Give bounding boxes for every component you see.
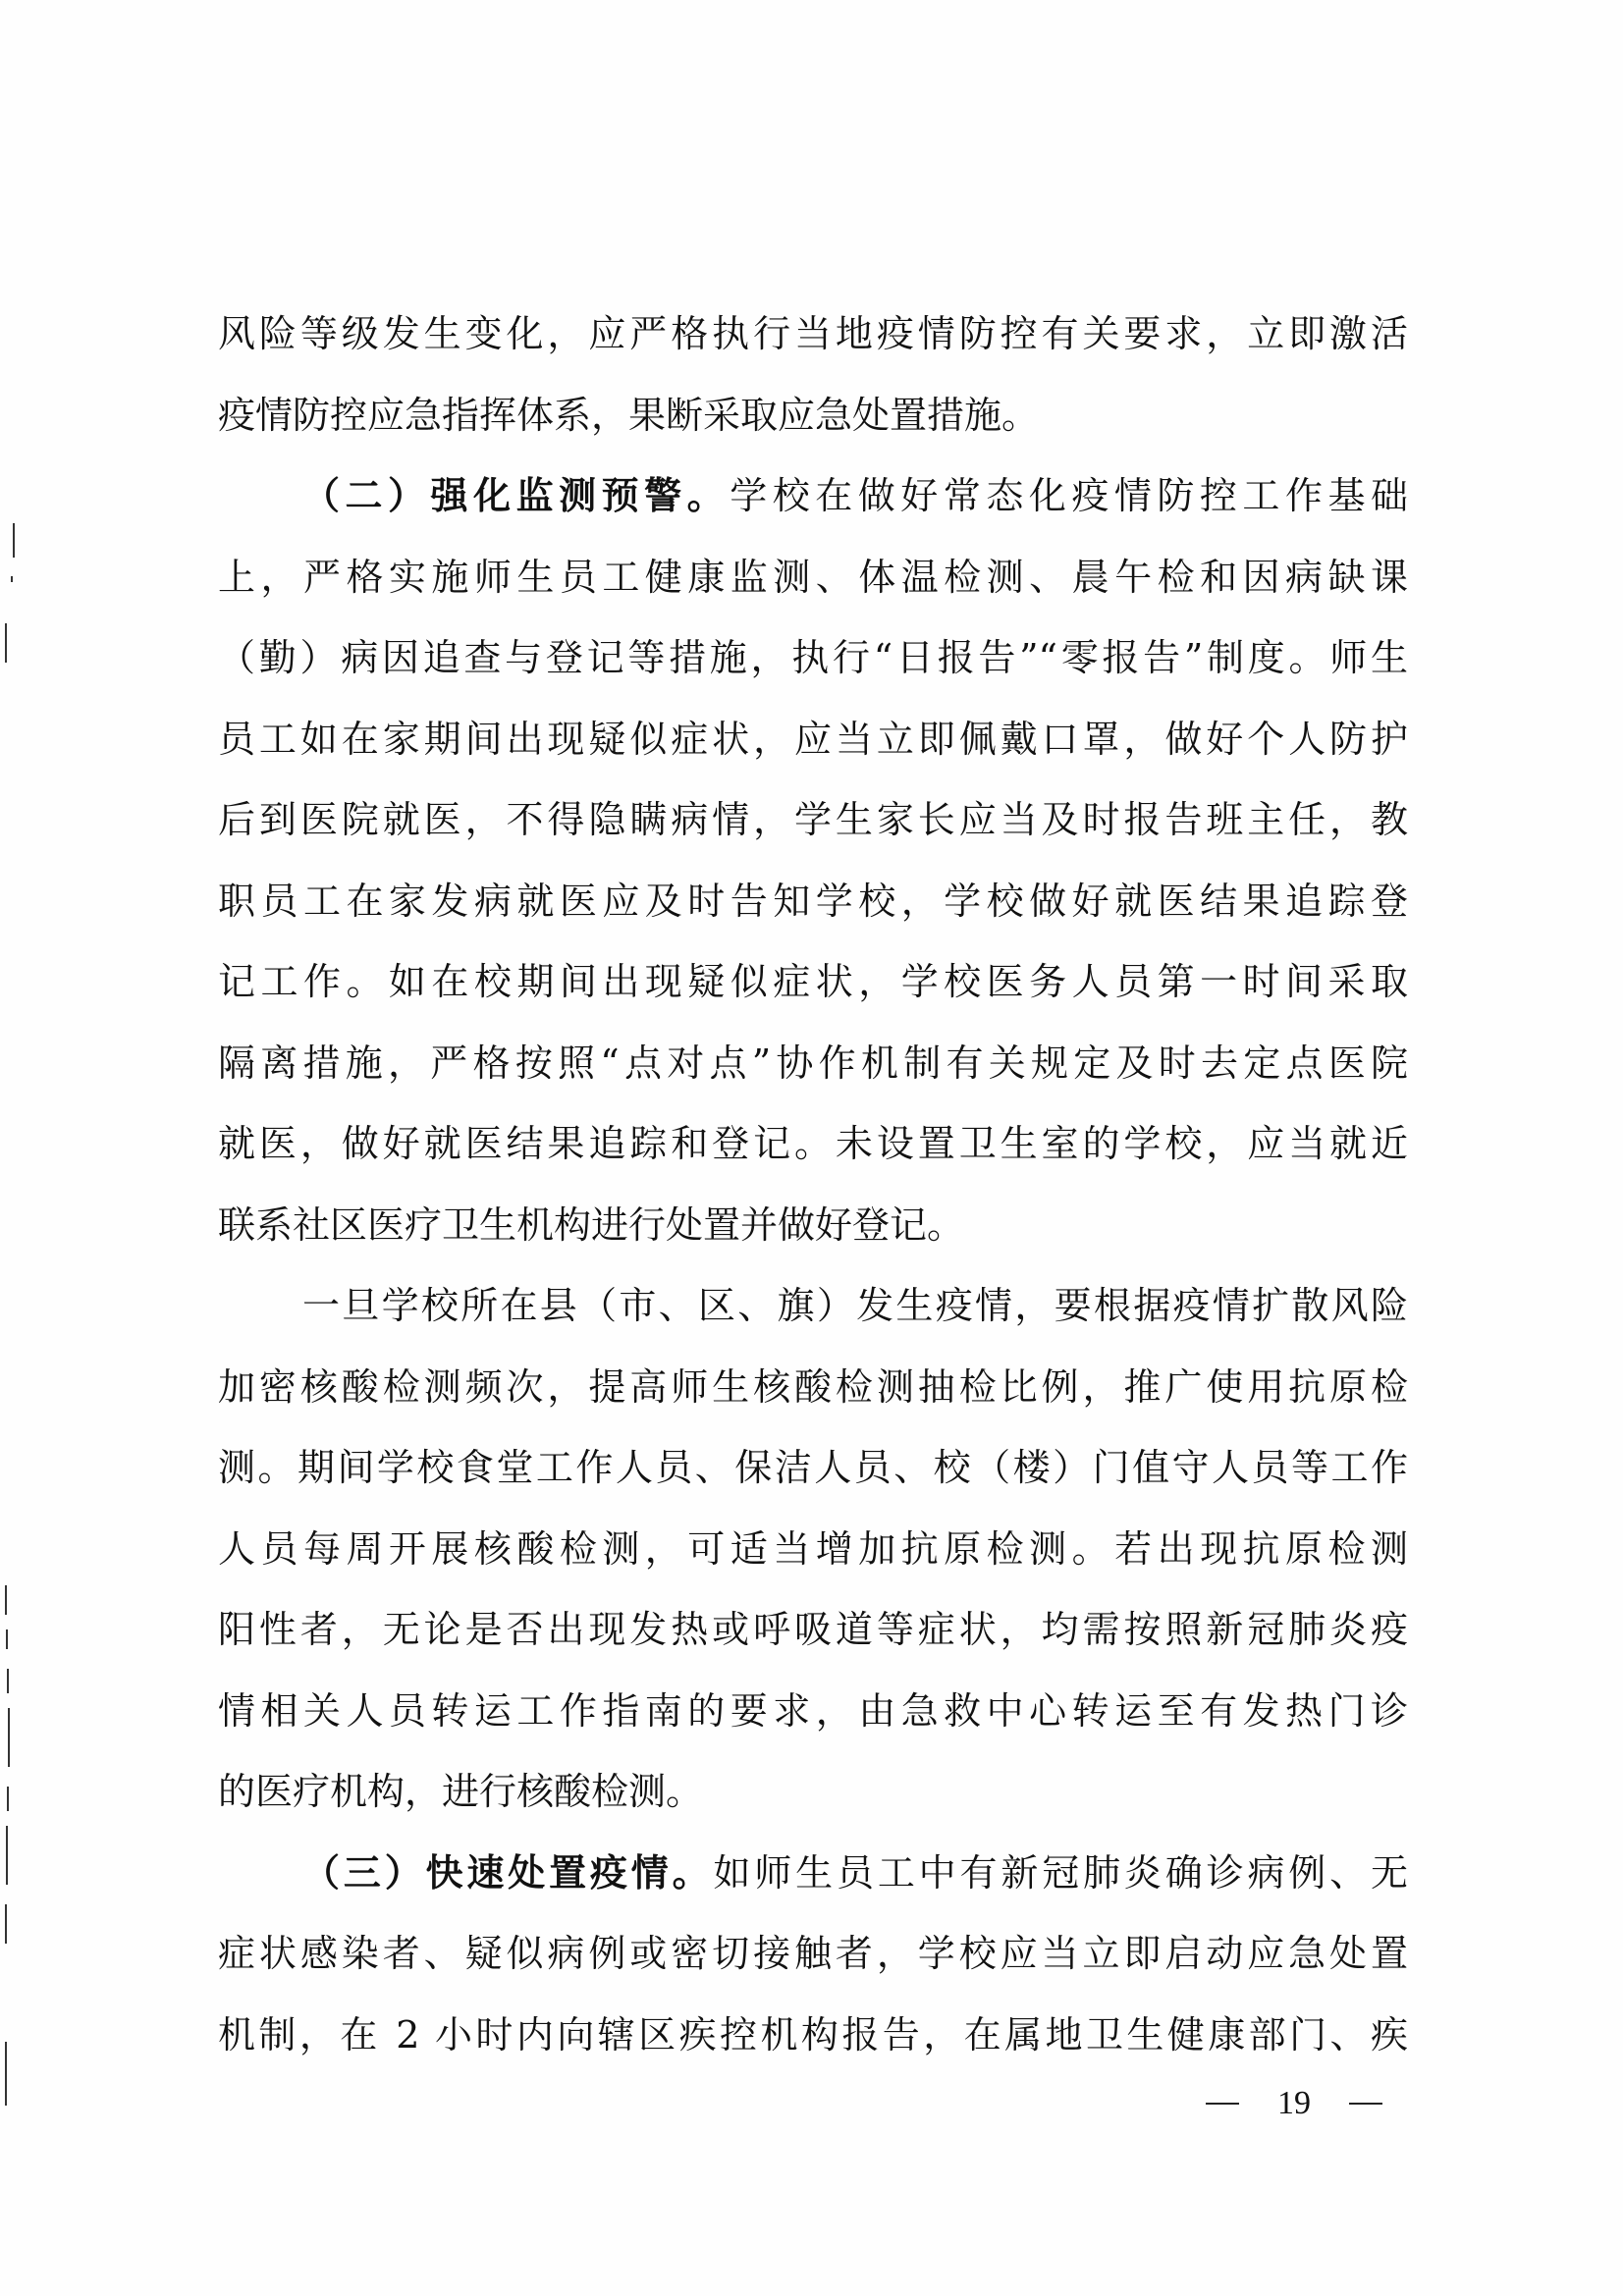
text-line: 人员每周开展核酸检测，可适当增加抗原检测。若出现抗原检测 — [218, 1509, 1408, 1590]
text-line: 加密核酸检测频次，提高师生核酸检测抽检比例，推广使用抗原检 — [218, 1347, 1408, 1428]
text-line: 上，严格实施师生员工健康监测、体温检测、晨午检和因病缺课 — [218, 537, 1408, 618]
page-number-value: 19 — [1277, 2085, 1311, 2122]
text-line: 的医疗机构，进行核酸检测。 — [218, 1751, 1408, 1833]
text-line: 隔离措施，严格按照“点对点”协作机制有关规定及时去定点医院 — [218, 1023, 1408, 1104]
section-heading: （三）快速处置疫情。 — [302, 1850, 713, 1895]
text-line: （勤）病因追查与登记等措施，执行“日报告”“零报告”制度。师生 — [218, 617, 1408, 699]
text-line: 疫情防控应急指挥体系，果断采取应急处置措施。 — [218, 375, 1408, 456]
text-line: 阳性者，无论是否出现发热或呼吸道等症状，均需按照新冠肺炎疫 — [218, 1589, 1408, 1671]
page-number: 19 — [1206, 2079, 1382, 2128]
document-page: 风险等级发生变化，应严格执行当地疫情防控有关要求，立即激活 疫情防控应急指挥体系… — [0, 0, 1623, 2296]
section-heading: （二）强化监测预警。 — [302, 473, 730, 517]
section-heading-line: （三）快速处置疫情。如师生员工中有新冠肺炎确诊病例、无 — [218, 1833, 1408, 1914]
text-line: 就医，做好就医结果追踪和登记。未设置卫生室的学校，应当就近 — [218, 1103, 1408, 1185]
text-line: 一旦学校所在县（市、区、旗）发生疫情，要根据疫情扩散风险 — [218, 1265, 1408, 1347]
text-line: 记工作。如在校期间出现疑似症状，学校医务人员第一时间采取 — [218, 941, 1408, 1023]
section-heading-line: （二）强化监测预警。学校在做好常态化疫情防控工作基础 — [218, 455, 1408, 537]
text-segment: 如师生员工中有新冠肺炎确诊病例、无 — [713, 1851, 1408, 1895]
page-number-dash-right — [1349, 2103, 1382, 2105]
text-line: 联系社区医疗卫生机构进行处置并做好登记。 — [218, 1185, 1408, 1266]
text-segment: 学校在做好常态化疫情防控工作基础 — [730, 474, 1408, 517]
body-text: 风险等级发生变化，应严格执行当地疫情防控有关要求，立即激活 疫情防控应急指挥体系… — [218, 294, 1408, 2075]
text-line: 员工如在家期间出现疑似症状，应当立即佩戴口罩，做好个人防护 — [218, 699, 1408, 780]
text-line: 机制，在 2 小时内向辖区疾控机构报告，在属地卫生健康部门、疾 — [218, 1995, 1408, 2076]
text-line: 测。期间学校食堂工作人员、保洁人员、校（楼）门值守人员等工作 — [218, 1427, 1408, 1509]
scan-edge-marks — [0, 0, 20, 2296]
text-line: 情相关人员转运工作指南的要求，由急救中心转运至有发热门诊 — [218, 1671, 1408, 1752]
page-number-dash-left — [1206, 2103, 1239, 2105]
text-line: 风险等级发生变化，应严格执行当地疫情防控有关要求，立即激活 — [218, 294, 1408, 375]
text-line: 后到医院就医，不得隐瞒病情，学生家长应当及时报告班主任，教 — [218, 779, 1408, 861]
text-line: 职员工在家发病就医应及时告知学校，学校做好就医结果追踪登 — [218, 861, 1408, 942]
text-line: 症状感染者、疑似病例或密切接触者，学校应当立即启动应急处置 — [218, 1913, 1408, 1995]
